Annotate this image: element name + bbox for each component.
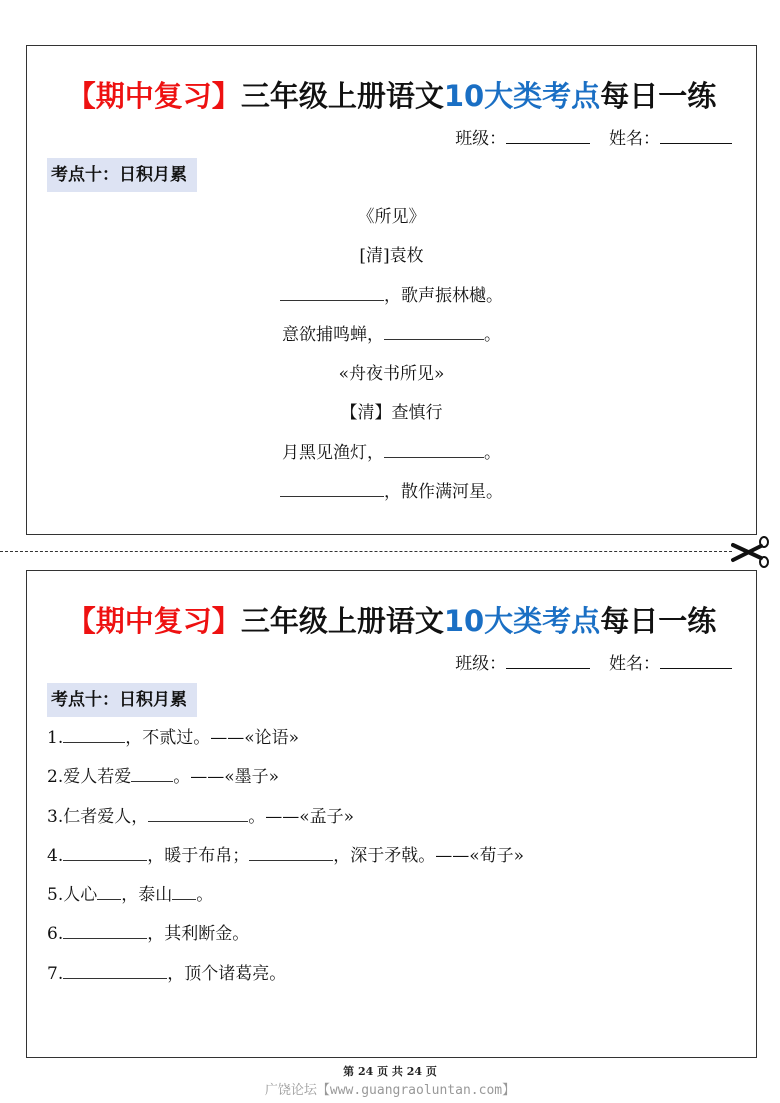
item-text: 。 xyxy=(196,885,213,905)
title-end: 每日一练 xyxy=(600,79,716,113)
item-number: 4. xyxy=(47,846,63,866)
item-text: 。——«墨子» xyxy=(173,767,279,787)
poem-line: ，散作满河星。 xyxy=(27,473,756,512)
quote-list: 1.，不贰过。——«论语» 2.爱人若爱。——«墨子» 3.仁者爱人，。——«孟… xyxy=(47,719,524,994)
item-text: ，不贰过。——«论语» xyxy=(125,728,299,748)
fill-blank[interactable] xyxy=(63,728,125,743)
item-number: 3. xyxy=(47,807,63,827)
item-text: ，顶个诸葛亮。 xyxy=(167,964,286,984)
item-text: 爱人若爱 xyxy=(63,767,131,787)
poem-text: ，歌声振林樾。 xyxy=(384,286,503,306)
quote-item: 5.人心，泰山。 xyxy=(47,876,524,915)
poem-text: 。 xyxy=(484,443,501,463)
fill-blank[interactable] xyxy=(63,924,147,939)
fill-blank[interactable] xyxy=(148,807,248,822)
section-tag: 考点十：日积月累 xyxy=(47,683,197,717)
item-text: 。——«孟子» xyxy=(248,807,354,827)
poem-author: [清]袁枚 xyxy=(27,237,756,276)
class-label: 班级： xyxy=(455,654,506,674)
title-highlight: 10大类考点 xyxy=(444,79,600,113)
item-text: ，其利断金。 xyxy=(147,924,249,944)
worksheet-card-poems: 【期中复习】三年级上册语文10大类考点每日一练 班级： 姓名： 考点十：日积月累… xyxy=(26,45,757,535)
name-field[interactable] xyxy=(660,654,732,669)
quote-item: 7.，顶个诸葛亮。 xyxy=(47,955,524,994)
item-text: ，深于矛戟。——«荀子» xyxy=(333,846,524,866)
fill-blank[interactable] xyxy=(384,443,484,458)
class-field[interactable] xyxy=(506,129,590,144)
section-tag: 考点十：日积月累 xyxy=(47,158,197,192)
poem-text: 意欲捕鸣蝉， xyxy=(282,325,384,345)
fill-blank[interactable] xyxy=(384,325,484,340)
fill-blank[interactable] xyxy=(249,846,333,861)
quote-item: 1.，不贰过。——«论语» xyxy=(47,719,524,758)
poem-line: 月黑见渔灯，。 xyxy=(27,434,756,473)
fill-blank[interactable] xyxy=(63,846,147,861)
fill-blank[interactable] xyxy=(63,964,167,979)
worksheet-title: 【期中复习】三年级上册语文10大类考点每日一练 xyxy=(27,74,756,115)
item-number: 1. xyxy=(47,728,63,748)
quote-item: 6.，其利断金。 xyxy=(47,915,524,954)
item-text: 仁者爱人， xyxy=(63,807,148,827)
worksheet-title: 【期中复习】三年级上册语文10大类考点每日一练 xyxy=(27,599,756,640)
class-name-row: 班级： 姓名： xyxy=(455,124,732,149)
quote-item: 4.，暖于布帛；，深于矛戟。——«荀子» xyxy=(47,837,524,876)
poem-text: 月黑见渔灯， xyxy=(282,443,384,463)
poem-author: 【清】查慎行 xyxy=(27,394,756,433)
scissors-icon xyxy=(731,536,771,568)
title-tag: 【期中复习】 xyxy=(67,79,241,113)
site-watermark: 广饶论坛【www.guangraoluntan.com】 xyxy=(0,1079,780,1098)
poem-line: ，歌声振林樾。 xyxy=(27,277,756,316)
fill-blank[interactable] xyxy=(280,482,384,497)
poem-text: 。 xyxy=(484,325,501,345)
name-label: 姓名： xyxy=(609,654,660,674)
poem-title: 《所见》 xyxy=(27,198,756,237)
item-number: 7. xyxy=(47,964,63,984)
title-end: 每日一练 xyxy=(600,604,716,638)
item-text: ，泰山 xyxy=(121,885,172,905)
item-text: ，暖于布帛； xyxy=(147,846,249,866)
item-number: 5. xyxy=(47,885,63,905)
class-field[interactable] xyxy=(506,654,590,669)
name-label: 姓名： xyxy=(609,129,660,149)
class-label: 班级： xyxy=(455,129,506,149)
item-number: 6. xyxy=(47,924,63,944)
fill-blank[interactable] xyxy=(280,286,384,301)
fill-blank[interactable] xyxy=(172,885,196,900)
worksheet-card-quotes: 【期中复习】三年级上册语文10大类考点每日一练 班级： 姓名： 考点十：日积月累… xyxy=(26,570,757,1058)
fill-blank[interactable] xyxy=(131,767,173,782)
name-field[interactable] xyxy=(660,129,732,144)
title-tag: 【期中复习】 xyxy=(67,604,241,638)
title-main: 三年级上册语文 xyxy=(241,604,444,638)
page-number: 第 24 页 共 24 页 xyxy=(0,1063,780,1079)
quote-item: 3.仁者爱人，。——«孟子» xyxy=(47,798,524,837)
cut-line xyxy=(0,551,732,552)
poem-title: «舟夜书所见» xyxy=(27,355,756,394)
class-name-row: 班级： 姓名： xyxy=(455,649,732,674)
poem-line: 意欲捕鸣蝉，。 xyxy=(27,316,756,355)
item-number: 2. xyxy=(47,767,63,787)
fill-blank[interactable] xyxy=(97,885,121,900)
item-text: 人心 xyxy=(63,885,97,905)
title-highlight: 10大类考点 xyxy=(444,604,600,638)
poem-block: 《所见》 [清]袁枚 ，歌声振林樾。 意欲捕鸣蝉，。 «舟夜书所见» 【清】查慎… xyxy=(27,198,756,512)
quote-item: 2.爱人若爱。——«墨子» xyxy=(47,758,524,797)
title-main: 三年级上册语文 xyxy=(241,79,444,113)
poem-text: ，散作满河星。 xyxy=(384,482,503,502)
